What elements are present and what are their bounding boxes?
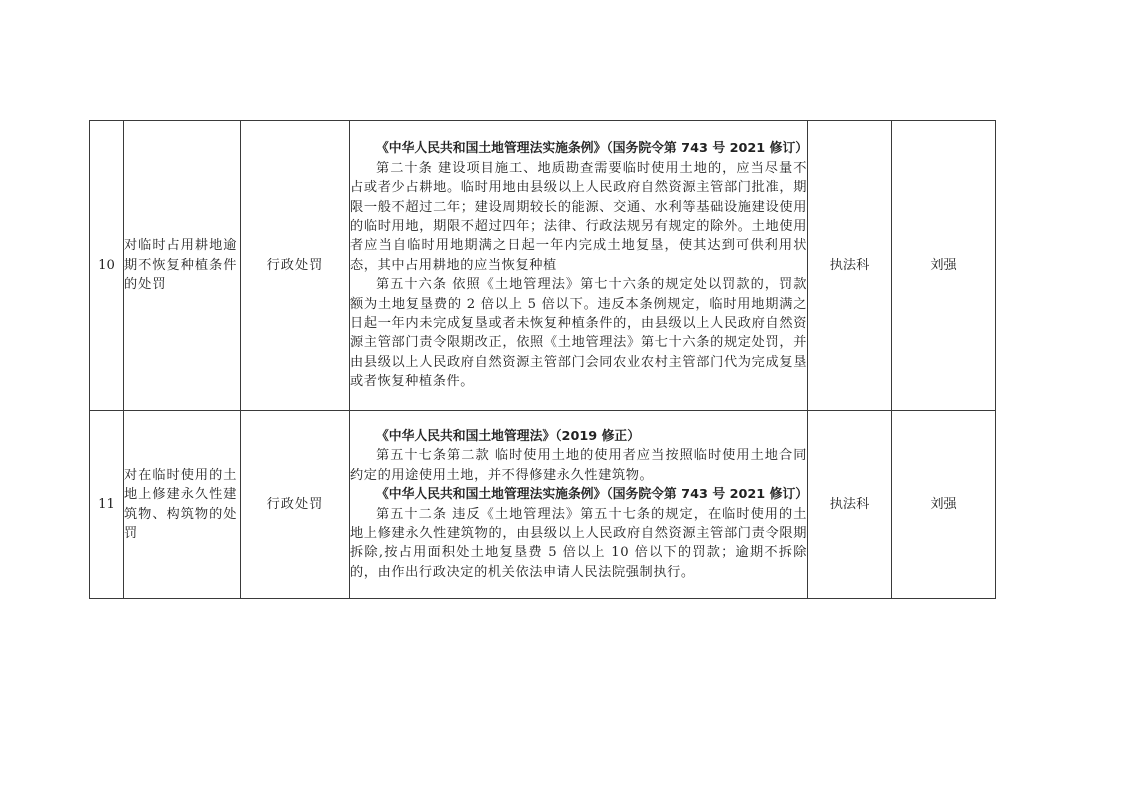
law-title-text: 《中华人民共和国土地管理法实施条例》（国务院令第 743 号 2021 修订）: [376, 141, 808, 156]
law-title-text: 《中华人民共和国土地管理法》（2019 修正）: [376, 429, 640, 444]
law-title: 《中华人民共和国土地管理法实施条例》（国务院令第 743 号 2021 修订）: [350, 139, 807, 158]
law-article: 第五十二条 违反《土地管理法》第五十七条的规定，在临时使用的土地上修建永久性建筑…: [350, 505, 807, 583]
law-article: 第二十条 建设项目施工、地质勘查需要临时使用土地的，应当尽量不占或者少占耕地。临…: [350, 159, 807, 275]
item-name: 对在临时使用的土地上修建永久性建筑物、构筑物的处罚: [124, 411, 241, 599]
item-number: 10: [90, 121, 124, 411]
law-article: 第五十六条 依照《土地管理法》第七十六条的规定处以罚款的，罚款额为土地复垦费的 …: [350, 275, 807, 391]
table-row: 11 对在临时使用的土地上修建永久性建筑物、构筑物的处罚 行政处罚 《中华人民共…: [90, 411, 996, 599]
law-article: 第五十七条第二款 临时使用土地的使用者应当按照临时使用土地合同约定的用途使用土地…: [350, 446, 807, 485]
responsible-person: 刘强: [892, 121, 996, 411]
responsible-department: 执法科: [808, 121, 892, 411]
law-title: 《中华人民共和国土地管理法》（2019 修正）: [350, 427, 807, 446]
enforcement-items-table: 10 对临时占用耕地逾期不恢复种植条件的处罚 行政处罚 《中华人民共和国土地管理…: [89, 120, 996, 599]
item-name: 对临时占用耕地逾期不恢复种植条件的处罚: [124, 121, 241, 411]
law-title: 《中华人民共和国土地管理法实施条例》（国务院令第 743 号 2021 修订）: [350, 485, 807, 504]
table-row: 10 对临时占用耕地逾期不恢复种植条件的处罚 行政处罚 《中华人民共和国土地管理…: [90, 121, 996, 411]
law-title-text: 《中华人民共和国土地管理法实施条例》（国务院令第 743 号 2021 修订）: [376, 487, 808, 502]
legal-basis: 《中华人民共和国土地管理法》（2019 修正） 第五十七条第二款 临时使用土地的…: [350, 411, 808, 599]
item-number: 11: [90, 411, 124, 599]
item-type: 行政处罚: [241, 121, 350, 411]
responsible-person: 刘强: [892, 411, 996, 599]
legal-basis: 《中华人民共和国土地管理法实施条例》（国务院令第 743 号 2021 修订） …: [350, 121, 808, 411]
responsible-department: 执法科: [808, 411, 892, 599]
item-type: 行政处罚: [241, 411, 350, 599]
